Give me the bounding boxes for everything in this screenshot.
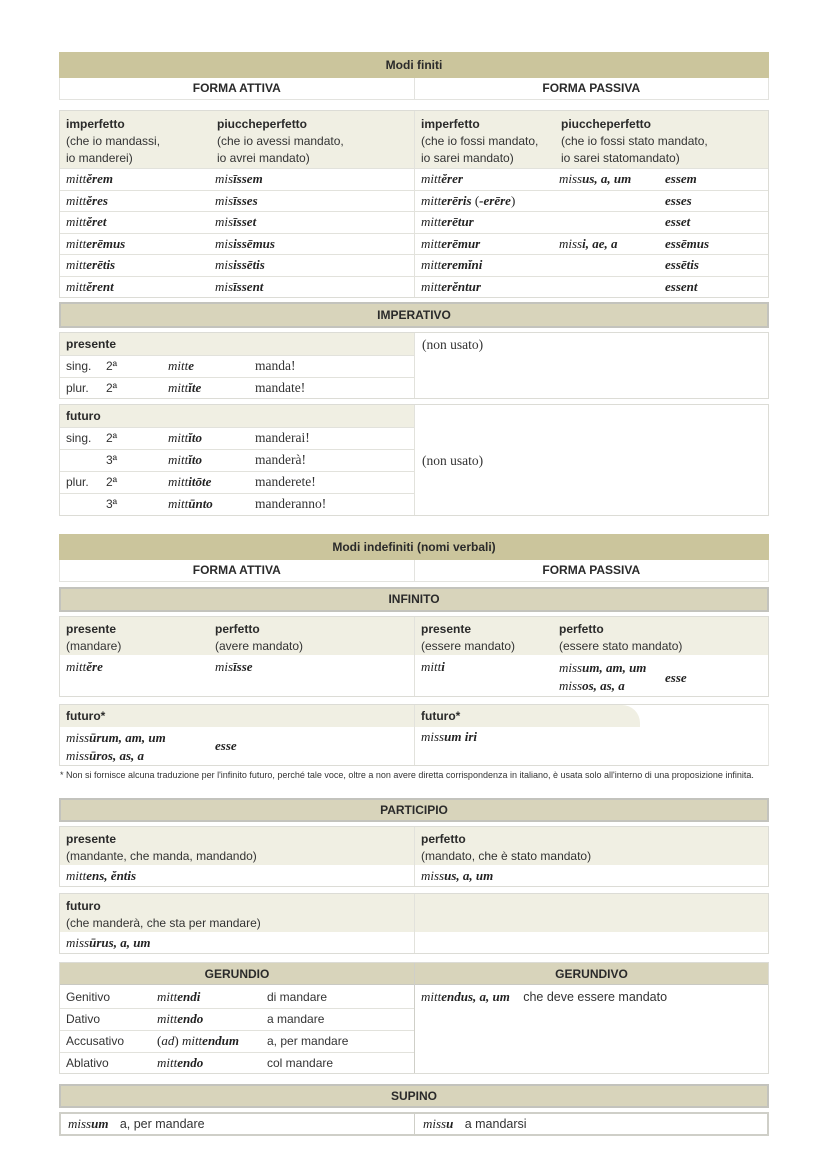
person-number: plur. (66, 475, 89, 489)
pas-piucc-aux: essem (665, 171, 697, 187)
inf-act-fut-form: missūrum, am, um missūros, as, a (66, 729, 166, 765)
gerundivo-title: GERUNDIVO (415, 963, 768, 985)
gerund-prefix: (ad) (157, 1033, 182, 1048)
supino-left-translation: a, per mandare (120, 1117, 205, 1131)
latin-form: mittĭto (168, 452, 202, 467)
latin-form: mitterĕntur (421, 279, 481, 294)
imperative-translation: mandate! (255, 380, 305, 396)
latin-form: mittĕres (66, 193, 108, 208)
pas-imperf-header: imperfetto (che io fossi mandato, io sar… (421, 116, 538, 167)
act-piucc-form: misīsset (215, 214, 256, 230)
supino-left: missum a, per mandare (68, 1116, 205, 1132)
act-imperf-form: mittĕrem (66, 171, 113, 187)
gerund-translation: di mandare (267, 990, 327, 1004)
infinito-table: presente (mandare) perfetto (avere manda… (59, 616, 769, 697)
person: 2ª (106, 475, 117, 489)
gerund-translation: col mandare (267, 1056, 333, 1070)
act-imperf-form: mittĕres (66, 193, 108, 209)
imperative-form: mittĭto (168, 430, 202, 446)
supino-right-translation: a mandarsi (465, 1117, 527, 1131)
pas-imperf-form: mitteremĭni (421, 257, 482, 273)
latin-form: mittĭto (168, 430, 202, 445)
gerundio-table: GERUNDIO GERUNDIVO Genitivomittendidi ma… (59, 962, 769, 1074)
modi-finiti-header: Modi finiti (59, 52, 769, 78)
inf-pas-pres-header: presente (essere mandato) (421, 621, 515, 655)
part-fut-form: missūrus, a, um (66, 935, 151, 951)
imperative-form: mitte (168, 358, 194, 374)
act-piucc-form: misissēmus (215, 236, 275, 252)
forma-attiva-label-2: FORMA ATTIVA (60, 560, 414, 581)
latin-form: mitteremĭni (421, 257, 482, 272)
pas-imperf-form: mitterēris (-erēre) (421, 193, 515, 209)
imperativo-presente-table: presente (non usato) sing.2ªmittemanda!p… (59, 332, 769, 399)
forma-passiva-label: FORMA PASSIVA (414, 78, 769, 99)
supino-title: SUPINO (391, 1089, 437, 1103)
inf-act-fut-label: futuro* (66, 708, 105, 725)
inf-pas-perf-header: perfetto (essere stato mandato) (559, 621, 682, 655)
inf-act-pres-header: presente (mandare) (66, 621, 121, 655)
latin-form: mittĕrent (66, 279, 114, 294)
gerundivo-translation: che deve essere mandato (523, 990, 667, 1004)
act-imperf-form: mitterētis (66, 257, 115, 273)
person-number: plur. (66, 381, 89, 395)
imperativo-futuro-table: futuro (non usato) sing.2ªmittĭtomandera… (59, 404, 769, 516)
act-piucc-form: misissētis (215, 257, 265, 273)
imperative-form: mittūnto (168, 496, 213, 512)
gerund-form: mittendo (157, 1055, 203, 1071)
person: 2ª (106, 381, 117, 395)
pas-imperf-form: mitterētur (421, 214, 474, 230)
subjunctive-table: imperfetto (che io mandassi, io manderei… (59, 110, 769, 298)
latin-form: mittĭte (168, 380, 201, 395)
person-number: sing. (66, 359, 91, 373)
gerund-form: mittendi (157, 989, 200, 1005)
pas-piucc-aux: essēmus (665, 236, 709, 252)
latin-form: mitterēris (-erēre) (421, 193, 515, 208)
act-imperf-form: mittĕret (66, 214, 106, 230)
person: 2ª (106, 431, 117, 445)
latin-form: misīssent (215, 279, 263, 294)
inf-pas-pres-form: mitti (421, 659, 445, 675)
latin-form: missus, a, um (559, 171, 631, 186)
participio-header: PARTICIPIO (59, 798, 769, 822)
gerund-case: Genitivo (66, 990, 110, 1004)
person: 2ª (106, 359, 117, 373)
pas-imperf-form: mittĕrer (421, 171, 463, 187)
pas-piucc-aux: esses (665, 193, 692, 209)
person-number: sing. (66, 431, 91, 445)
latin-form: mittendi (157, 989, 200, 1004)
latin-form: mitterētis (66, 257, 115, 272)
participio-table-2: futuro (che manderà, che sta per mandare… (59, 893, 769, 954)
imperativo-title: IMPERATIVO (377, 308, 451, 322)
supino-header: SUPINO (59, 1084, 769, 1108)
participio-title: PARTICIPIO (380, 803, 448, 817)
modi-indefiniti-title: Modi indefiniti (nomi verbali) (332, 540, 495, 554)
imperativo-header: IMPERATIVO (59, 302, 769, 328)
infinito-header: INFINITO (59, 587, 769, 612)
part-pres-form: mittens, ĕntis (66, 868, 136, 884)
latin-form: misīsses (215, 193, 258, 208)
latin-form: misīssem (215, 171, 263, 186)
person: 3ª (106, 453, 117, 467)
pas-piucc-aux: esset (665, 214, 690, 230)
part-perf-header: perfetto (mandato, che è stato mandato) (421, 831, 591, 865)
act-imperf-form: mitterēmus (66, 236, 125, 252)
latin-form: mittendo (157, 1011, 203, 1026)
gerundio-title: GERUNDIO (60, 963, 414, 985)
forma-attiva-label: FORMA ATTIVA (60, 78, 414, 99)
gerund-form: (ad) mittendum (157, 1033, 239, 1049)
act-piucc-form: misīssent (215, 279, 263, 295)
inf-act-fut-aux: esse (215, 738, 237, 754)
gerund-translation: a, per mandare (267, 1034, 348, 1048)
latin-form: mitterēmur (421, 236, 480, 251)
pas-piucc-aux: essent (665, 279, 698, 295)
gerund-form: mittendo (157, 1011, 203, 1027)
latin-form: mittendo (157, 1055, 203, 1070)
inf-pas-perf-form: missum, am, um missos, as, a (559, 659, 646, 695)
gerundivo-form: mittendus, a, um che deve essere mandato (421, 989, 667, 1005)
act-piucc-form: misīssem (215, 171, 263, 187)
imp-presente-passive: (non usato) (422, 337, 483, 353)
pas-piucc-header: piuccheperfetto (che io fossi stato mand… (561, 116, 708, 167)
latin-form: mitte (168, 358, 194, 373)
modi-finiti-forms: FORMA ATTIVA FORMA PASSIVA (59, 78, 769, 100)
imp-futuro-passive: (non usato) (422, 453, 483, 469)
gerund-translation: a mandare (267, 1012, 324, 1026)
supino-table: missum a, per mandare missu a mandarsi (59, 1112, 769, 1136)
latin-form: misissēmus (215, 236, 275, 251)
participio-table-1: presente (mandante, che manda, mandando)… (59, 826, 769, 887)
latin-form: missi, ae, a (559, 236, 618, 251)
inf-pas-perf-aux: esse (665, 670, 687, 686)
imp-presente-label: presente (66, 336, 116, 353)
infinito-title: INFINITO (388, 592, 439, 606)
imperative-translation: manderai! (255, 430, 310, 446)
imperative-translation: manderete! (255, 474, 316, 490)
part-fut-header: futuro (che manderà, che sta per mandare… (66, 898, 261, 932)
pas-piucc-participle: missus, a, um (559, 171, 631, 187)
forma-passiva-label-2: FORMA PASSIVA (414, 560, 769, 581)
latin-form: mittĕrem (66, 171, 113, 186)
pas-piucc-aux: essētis (665, 257, 699, 273)
person: 3ª (106, 497, 117, 511)
latin-form: mittūnto (168, 496, 213, 511)
part-perf-form: missus, a, um (421, 868, 493, 884)
infinito-futuro-table: futuro* futuro* missūrum, am, um missūro… (59, 704, 769, 766)
gerund-case: Dativo (66, 1012, 100, 1026)
inf-act-perf-header: perfetto (avere mandato) (215, 621, 303, 655)
act-imperf-header: imperfetto (che io mandassi, io manderei… (66, 116, 160, 167)
imperative-translation: manda! (255, 358, 295, 374)
inf-pas-fut-form: missum iri (421, 729, 477, 745)
modi-finiti-title: Modi finiti (386, 58, 443, 72)
latin-form: mittendum (182, 1033, 239, 1048)
inf-act-perf-form: misīsse (215, 659, 253, 675)
imperative-translation: manderanno! (255, 496, 326, 512)
inf-pas-fut-label: futuro* (421, 708, 460, 725)
act-imperf-form: mittĕrent (66, 279, 114, 295)
imp-futuro-label: futuro (66, 408, 101, 425)
latin-form: misīsset (215, 214, 256, 229)
modi-indefiniti-header: Modi indefiniti (nomi verbali) (59, 534, 769, 560)
act-piucc-form: misīsses (215, 193, 258, 209)
latin-form: mitterētur (421, 214, 474, 229)
imperative-form: mittĭto (168, 452, 202, 468)
part-pres-header: presente (mandante, che manda, mandando) (66, 831, 257, 865)
latin-form: misissētis (215, 257, 265, 272)
pas-imperf-form: mitterēmur (421, 236, 480, 252)
infinito-footnote: * Non si fornisce alcuna traduzione per … (60, 769, 772, 782)
supino-right: missu a mandarsi (423, 1116, 527, 1132)
imperative-translation: manderà! (255, 452, 306, 468)
gerund-case: Accusativo (66, 1034, 124, 1048)
pas-imperf-form: mitterĕntur (421, 279, 481, 295)
act-piucc-header: piuccheperfetto (che io avessi mandato, … (217, 116, 344, 167)
gerund-case: Ablativo (66, 1056, 109, 1070)
latin-form: mittĕret (66, 214, 106, 229)
latin-form: mittĕrer (421, 171, 463, 186)
imperative-form: mittitōte (168, 474, 211, 490)
imperative-form: mittĭte (168, 380, 201, 396)
latin-form: mittitōte (168, 474, 211, 489)
modi-indefiniti-forms: FORMA ATTIVA FORMA PASSIVA (59, 560, 769, 582)
latin-form: mitterēmus (66, 236, 125, 251)
pas-piucc-participle: missi, ae, a (559, 236, 618, 252)
inf-act-pres-form: mittĕre (66, 659, 103, 675)
